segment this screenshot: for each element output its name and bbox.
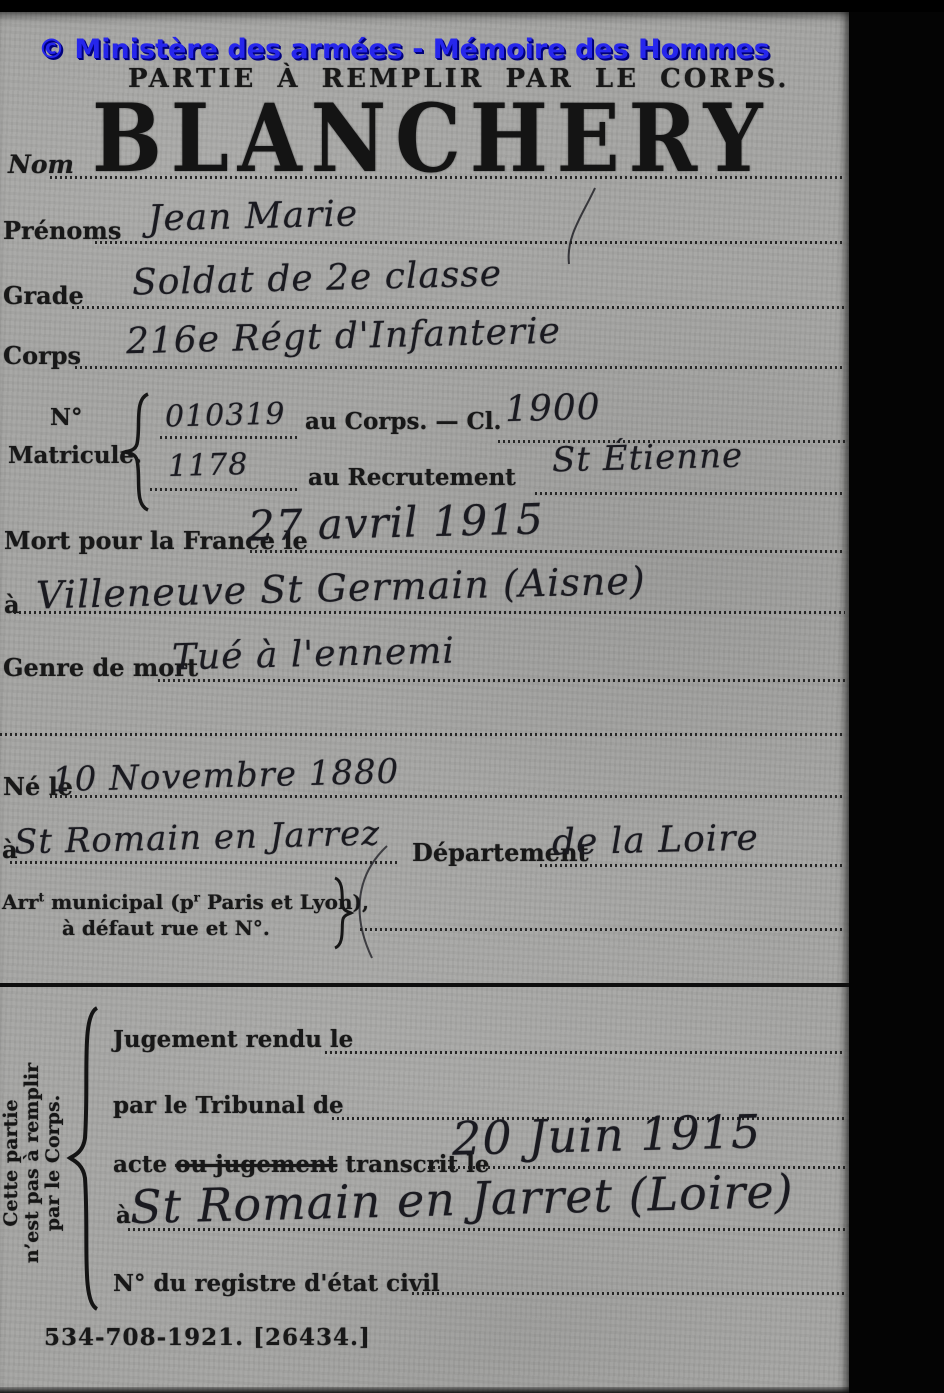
au-corps-label: au Corps. — Cl. bbox=[305, 408, 502, 435]
arr-municipal-label-line2: à défaut rue et N°. bbox=[62, 916, 270, 940]
struck-ou-jugement: ou jugement bbox=[175, 1151, 337, 1178]
matricule-corps-number: 010319 bbox=[165, 397, 286, 435]
matricule-brace bbox=[120, 392, 152, 512]
departement-value: de la Loire bbox=[552, 817, 760, 863]
copyright-watermark: © Ministère des armées - Mémoire des Hom… bbox=[38, 34, 770, 65]
arr-municipal-dotted-line bbox=[360, 928, 845, 931]
matricule-no-label: N° bbox=[50, 404, 83, 431]
jugement-label: Jugement rendu le bbox=[113, 1026, 353, 1053]
registre-dotted-line bbox=[412, 1292, 845, 1295]
recrutement-number-dotted-line bbox=[150, 488, 298, 491]
classe-value: 1900 bbox=[505, 387, 602, 430]
tribunal-label: par le Tribunal de bbox=[113, 1092, 344, 1119]
mort-date-value: 27 avril 1915 bbox=[247, 494, 544, 550]
mort-lieu-label: à bbox=[4, 590, 20, 619]
transcription-lieu-label: à bbox=[116, 1202, 131, 1229]
sidebar-note-line3: par le Corps. bbox=[43, 1013, 64, 1313]
scanned-document: © Ministère des armées - Mémoire des Hom… bbox=[0, 0, 944, 1393]
corps-dotted-line bbox=[75, 366, 845, 369]
transcription-lieu-dotted-line bbox=[128, 1228, 845, 1231]
registre-label: N° du registre d'état civil bbox=[113, 1270, 440, 1297]
nom-value-stamp: BLANCHERY bbox=[92, 92, 771, 186]
scan-top-black-bar bbox=[0, 0, 944, 12]
sidebar-note-line2: n’est pas à remplir bbox=[22, 1013, 43, 1313]
prenoms-value: Jean Marie bbox=[148, 193, 359, 239]
mort-lieu-dotted-line bbox=[14, 611, 845, 614]
corps-label: Corps bbox=[3, 341, 81, 370]
arr-municipal-label: Arrt municipal (pr Paris et Lyon), bbox=[2, 890, 369, 914]
separator-dotted-line bbox=[0, 733, 845, 736]
nom-label: Nom bbox=[8, 150, 74, 179]
mort-dotted-line bbox=[250, 550, 845, 553]
departement-dotted-line bbox=[540, 864, 845, 867]
acte-transcrit-date-value: 20 Juin 1915 bbox=[451, 1104, 761, 1166]
lieu-naissance-dotted-line bbox=[10, 861, 400, 864]
sidebar-note-line1: Cette partie bbox=[1, 1013, 22, 1313]
recrutement-place-value: St Étienne bbox=[552, 436, 744, 481]
sidebar-note: Cette partie n’est pas à remplir par le … bbox=[1, 1013, 65, 1313]
handwriting-flourish bbox=[560, 186, 600, 266]
print-reference: 534-708-1921. [26434.] bbox=[44, 1324, 371, 1351]
genre-mort-dotted-line bbox=[158, 679, 845, 682]
ne-le-dotted-line bbox=[50, 795, 845, 798]
jugement-dotted-line bbox=[325, 1051, 845, 1054]
genre-mort-value: Tué à l'ennemi bbox=[172, 631, 456, 679]
genre-mort-label: Genre de mort bbox=[3, 653, 198, 682]
au-recrutement-label: au Recrutement bbox=[308, 464, 516, 491]
section-divider-rule bbox=[0, 983, 849, 987]
matricule-corps-dotted-line bbox=[160, 436, 300, 439]
ne-le-value: 10 Novembre 1880 bbox=[52, 752, 400, 800]
handwriting-flourish-2 bbox=[345, 842, 400, 962]
civil-section-brace bbox=[66, 1006, 102, 1311]
matricule-recrutement-number: 1178 bbox=[168, 447, 249, 484]
scan-bottom-edge bbox=[0, 1387, 849, 1393]
recrutement-dotted-line bbox=[535, 492, 845, 495]
prenoms-dotted-line bbox=[95, 241, 845, 244]
grade-dotted-line bbox=[72, 306, 845, 309]
